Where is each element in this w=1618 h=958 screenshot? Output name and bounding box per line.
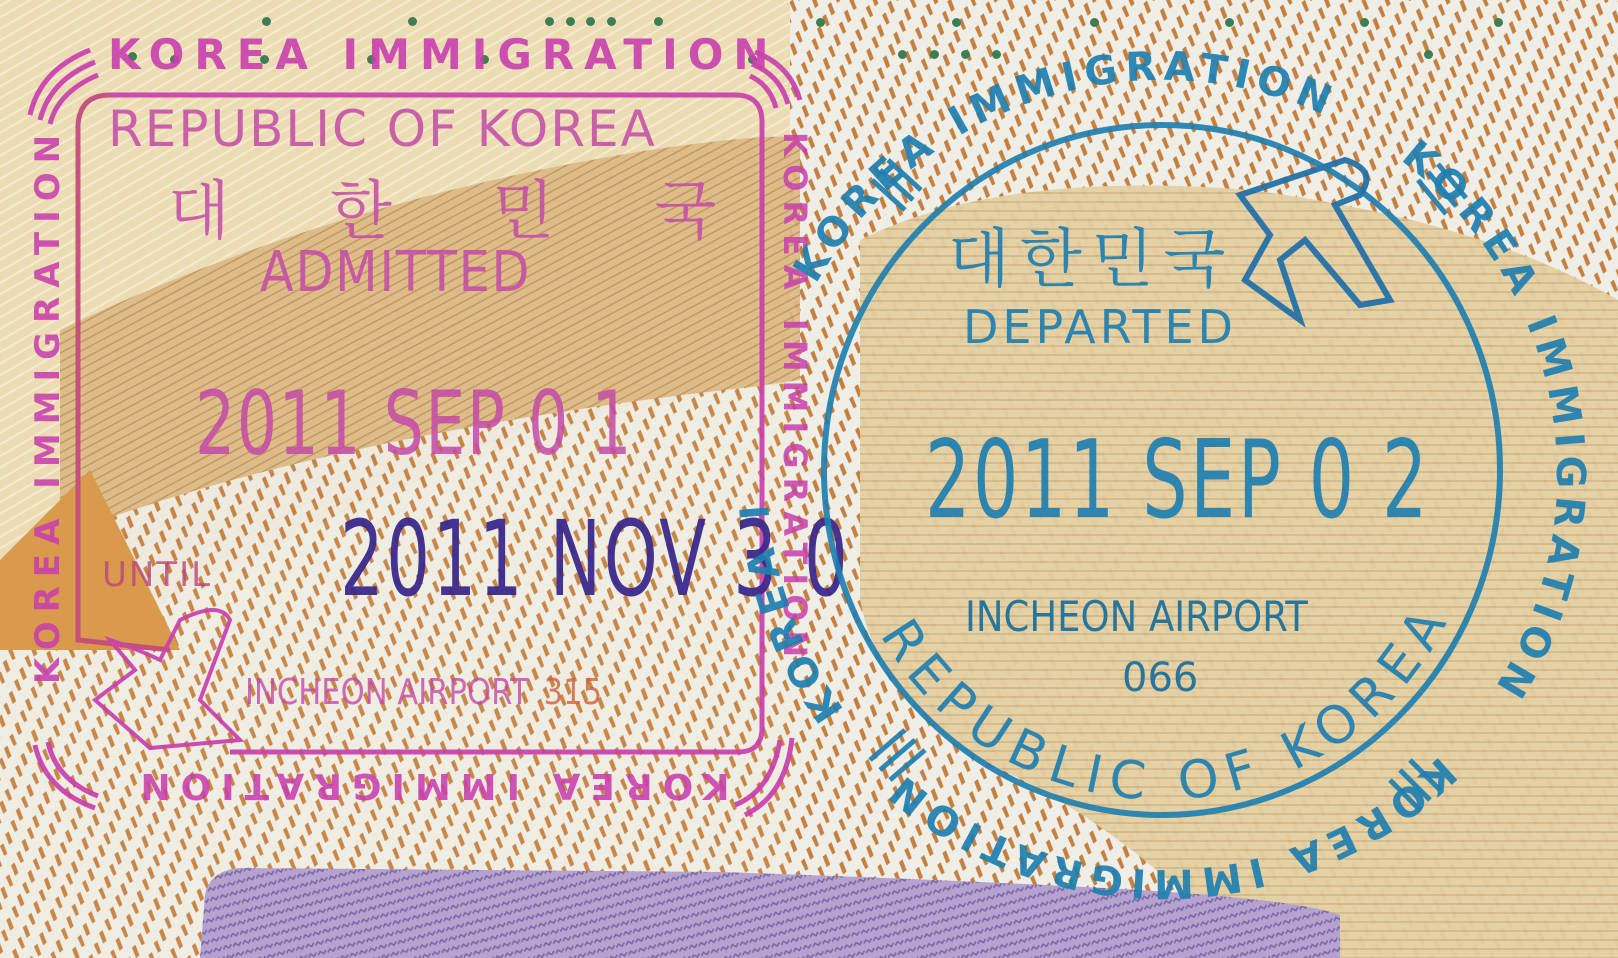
exit-officer-number: 066 xyxy=(1122,655,1198,701)
airplane-icon xyxy=(1240,160,1390,320)
exit-status: DEPARTED xyxy=(963,300,1237,354)
exit-port: INCHEON AIRPORT xyxy=(965,592,1308,641)
exit-stamp: KOREA IMMIGRATION KOREA IMMIGRATION KORE… xyxy=(0,0,1618,958)
exit-country-korean: 대한민국 xyxy=(948,208,1235,300)
exit-date: 2011 SEP 0 2 xyxy=(925,418,1430,543)
